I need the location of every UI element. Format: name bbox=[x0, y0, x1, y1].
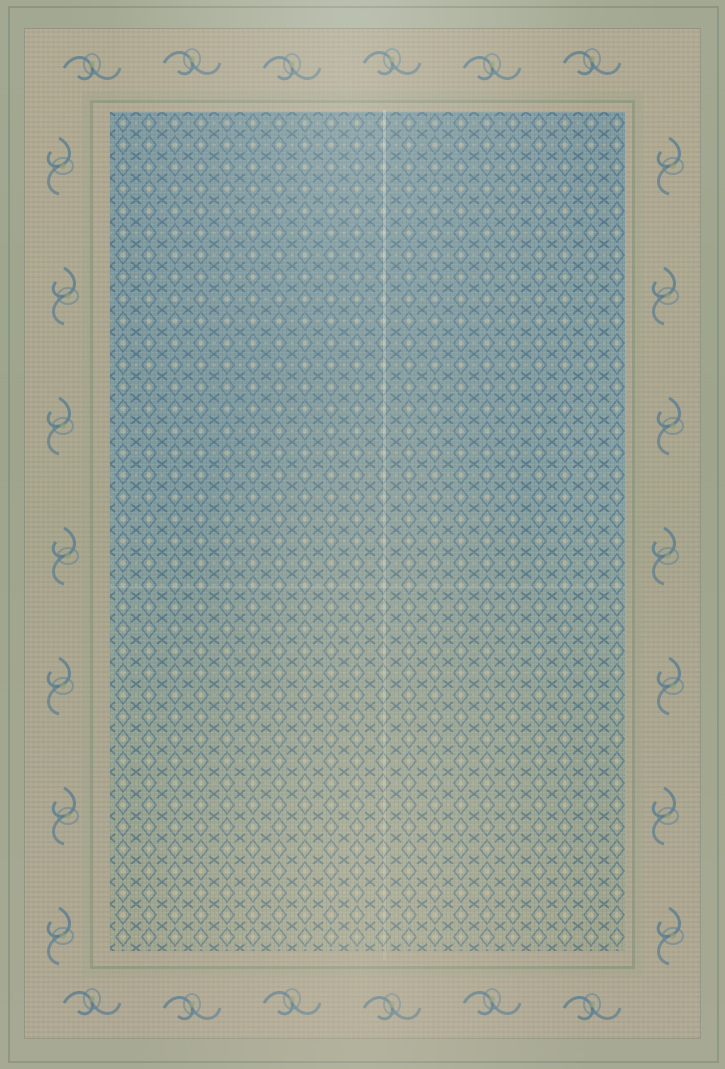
fold-crease-horizontal bbox=[110, 586, 625, 588]
rug-photo bbox=[0, 0, 725, 1069]
fold-crease-vertical bbox=[383, 110, 386, 960]
herati-pattern bbox=[110, 112, 625, 951]
rug-field bbox=[110, 112, 625, 951]
